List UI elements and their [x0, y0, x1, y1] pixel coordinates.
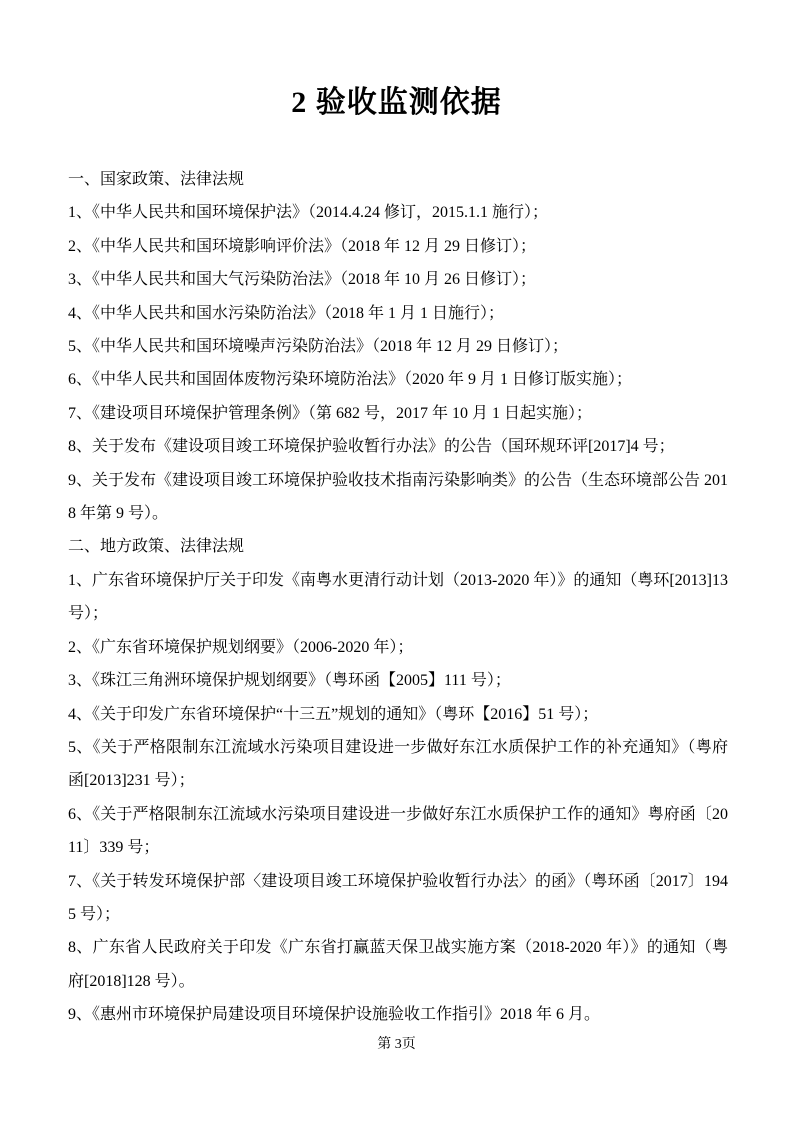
- list-item: 9、《惠州市环境保护局建设项目环境保护设施验收工作指引》2018 年 6 月。: [68, 998, 728, 1031]
- list-item: 5、《中华人民共和国环境噪声污染防治法》（2018 年 12 月 29 日修订）…: [68, 330, 728, 363]
- list-item: 9、关于发布《建设项目竣工环境保护验收技术指南污染影响类》的公告（生态环境部公告…: [68, 464, 728, 531]
- list-item: 7、《关于转发环境保护部〈建设项目竣工环境保护验收暂行办法〉的函》（粤环函〔20…: [68, 865, 728, 932]
- document-page: 2 验收监测依据 一、国家政策、法律法规 1、《中华人民共和国环境保护法》（20…: [0, 0, 793, 1122]
- list-item: 3、《珠江三角洲环境保护规划纲要》（粤环函【2005】111 号）；: [68, 664, 728, 697]
- section-1-heading: 一、国家政策、法律法规: [68, 163, 728, 196]
- list-item: 6、《关于严格限制东江流域水污染项目建设进一步做好东江水质保护工作的通知》粤府函…: [68, 798, 728, 865]
- document-body: 一、国家政策、法律法规 1、《中华人民共和国环境保护法》（2014.4.24 修…: [68, 163, 728, 1032]
- page-title: 2 验收监测依据: [0, 0, 793, 120]
- list-item: 1、广东省环境保护厅关于印发《南粤水更清行动计划（2013-2020 年）》的通…: [68, 564, 728, 631]
- page-number: 第 3页: [0, 1036, 793, 1054]
- list-item: 4、《关于印发广东省环境保护“十三五”规划的通知》（粤环【2016】51 号）；: [68, 698, 728, 731]
- section-2-heading: 二、地方政策、法律法规: [68, 530, 728, 563]
- list-item: 2、《中华人民共和国环境影响评价法》（2018 年 12 月 29 日修订）；: [68, 230, 728, 263]
- list-item: 8、关于发布《建设项目竣工环境保护验收暂行办法》的公告（国环规环评[2017]4…: [68, 430, 728, 463]
- list-item: 8、广东省人民政府关于印发《广东省打赢蓝天保卫战实施方案（2018-2020 年…: [68, 931, 728, 998]
- list-item: 5、《关于严格限制东江流域水污染项目建设进一步做好东江水质保护工作的补充通知》（…: [68, 731, 728, 798]
- list-item: 6、《中华人民共和国固体废物污染环境防治法》（2020 年 9 月 1 日修订版…: [68, 363, 728, 396]
- list-item: 3、《中华人民共和国大气污染防治法》（2018 年 10 月 26 日修订）；: [68, 263, 728, 296]
- list-item: 2、《广东省环境保护规划纲要》（2006-2020 年）；: [68, 631, 728, 664]
- list-item: 4、《中华人民共和国水污染防治法》（2018 年 1 月 1 日施行）；: [68, 297, 728, 330]
- list-item: 7、《建设项目环境保护管理条例》（第 682 号，2017 年 10 月 1 日…: [68, 397, 728, 430]
- list-item: 1、《中华人民共和国环境保护法》（2014.4.24 修订，2015.1.1 施…: [68, 196, 728, 229]
